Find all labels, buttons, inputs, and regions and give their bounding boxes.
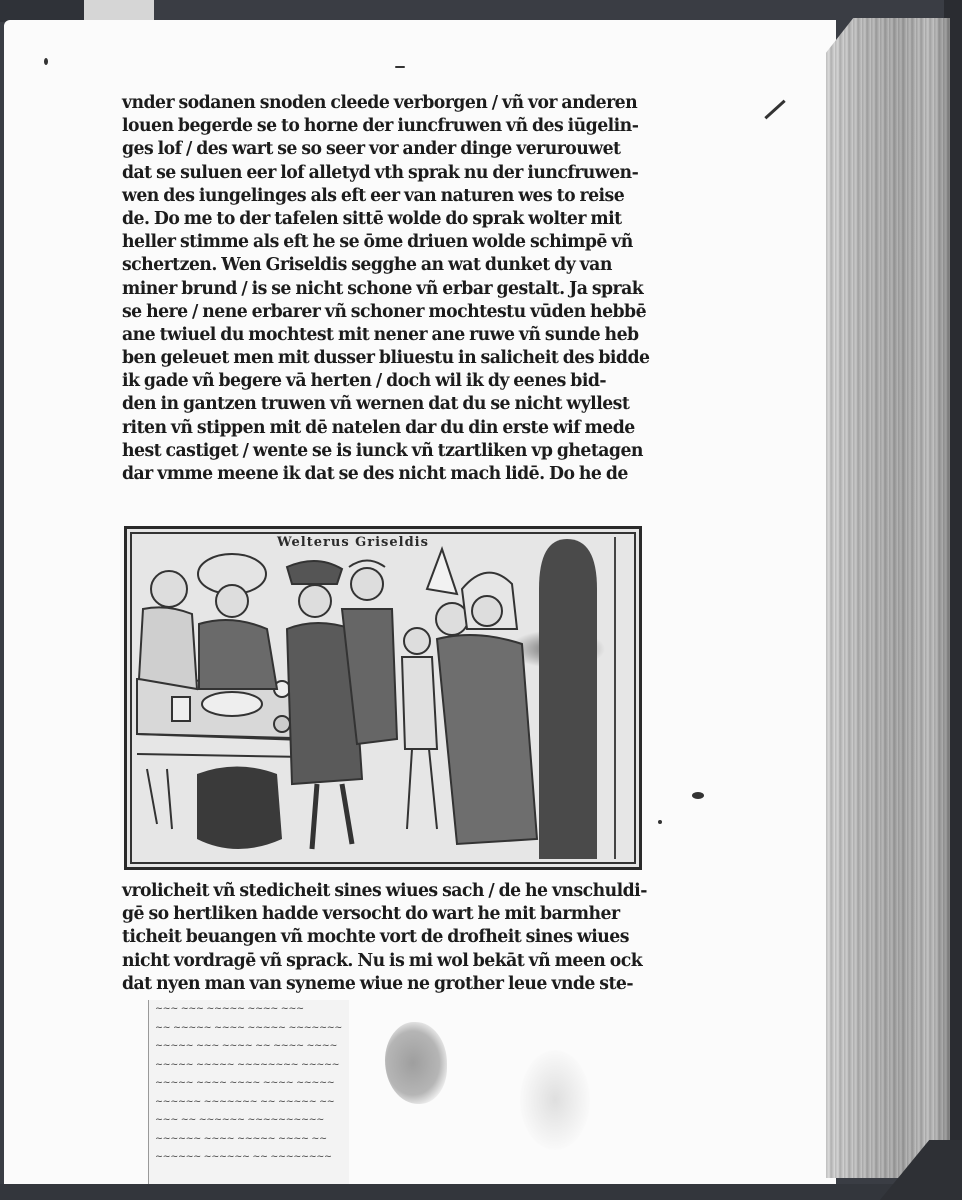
text-line: se here / nene erbarer vñ schoner mochte… — [122, 301, 662, 324]
text-line: wen des iungelinges als eft eer van natu… — [122, 185, 662, 208]
text-line: heller stimme als eft he se ōme driuen w… — [122, 231, 662, 254]
handwritten-line: ~~~~~ ~~~ ~~~~ ~~ ~~~~ ~~~~ — [149, 1037, 349, 1056]
text-line: schertzen. Wen Griseldis segghe an wat d… — [122, 254, 662, 277]
woodcut-illustration: Welterus Griseldis — [124, 526, 642, 870]
text-line: riten vñ stippen mit dē natelen dar du d… — [122, 417, 662, 440]
handwritten-line: ~~~~~ ~~~~ ~~~~ ~~~~ ~~~~~ — [149, 1074, 349, 1093]
handwritten-line: ~~~ ~~~ ~~~~~ ~~~~ ~~~ — [149, 1000, 349, 1019]
text-line: miner brund / is se nicht schone vñ erba… — [122, 278, 662, 301]
text-line: dar vmme meene ik dat se des nicht mach … — [122, 463, 662, 486]
text-line: ik gade vñ begere vā herten / doch wil i… — [122, 370, 662, 393]
paper-tab — [84, 0, 154, 22]
text-line: nicht vordragē vñ sprack. Nu is mi wol b… — [122, 950, 662, 973]
body-text-lower: vrolicheit vñ stedicheit sines wiues sac… — [122, 880, 662, 996]
text-line: louen begerde se to horne der iuncfruwen… — [122, 115, 662, 138]
text-line: dat se suluen eer lof alletyd vth sprak … — [122, 162, 662, 185]
text-line: de. Do me to der tafelen sittē wolde do … — [122, 208, 662, 231]
ink-blot — [692, 792, 704, 799]
text-line: ane twiuel du mochtest mit nener ane ruw… — [122, 324, 662, 347]
handwritten-line: ~~~~~~ ~~~~~~~ ~~ ~~~~~ ~~ — [149, 1093, 349, 1112]
text-line: ticheit beuangen vñ mochte vort de drofh… — [122, 926, 662, 949]
text-line: dat nyen man van syneme wiue ne grother … — [122, 973, 662, 996]
scanner-background — [0, 0, 84, 22]
text-line: den in gantzen truwen vñ wernen dat du s… — [122, 393, 662, 416]
text-line: ben geleuet men mit dusser bliuestu in s… — [122, 347, 662, 370]
text-line: ges lof / des wart se so seer vor ander … — [122, 138, 662, 161]
woodcut-scene-icon — [127, 529, 639, 867]
book-fore-edge — [826, 18, 950, 1178]
handwritten-line: ~~~ ~~ ~~~~~~ ~~~~~~~~~~ — [149, 1111, 349, 1130]
handwritten-note: ~~~ ~~~ ~~~~~ ~~~~ ~~~ ~~ ~~~~~ ~~~~ ~~~… — [148, 1000, 349, 1184]
ink-speck — [44, 58, 48, 65]
paper-stain-faint — [520, 1050, 590, 1150]
handwritten-line: ~~~~~~ ~~~~~~ ~~ ~~~~~~~~ — [149, 1148, 349, 1167]
ink-speck — [658, 820, 662, 824]
text-line: hest castiget / wente se is iunck vñ tza… — [122, 440, 662, 463]
text-line: gē so hertliken hadde versocht do wart h… — [122, 903, 662, 926]
handwritten-line: ~~~~~ ~~~~~ ~~~~~~~~ ~~~~~ — [149, 1056, 349, 1075]
handwritten-line: ~~~~~~ ~~~~ ~~~~~ ~~~~ ~~ — [149, 1130, 349, 1149]
paper-stain — [385, 1022, 447, 1104]
text-line: vrolicheit vñ stedicheit sines wiues sac… — [122, 880, 662, 903]
text-line: vnder sodanen snoden cleede verborgen / … — [122, 92, 662, 115]
body-text-upper: vnder sodanen snoden cleede verborgen / … — [122, 92, 662, 486]
woodcut-caption: Welterus Griseldis — [277, 535, 429, 550]
ink-speck — [395, 66, 405, 68]
bottom-shadow — [0, 1184, 962, 1200]
handwritten-line: ~~ ~~~~~ ~~~~ ~~~~~ ~~~~~~~ — [149, 1019, 349, 1038]
